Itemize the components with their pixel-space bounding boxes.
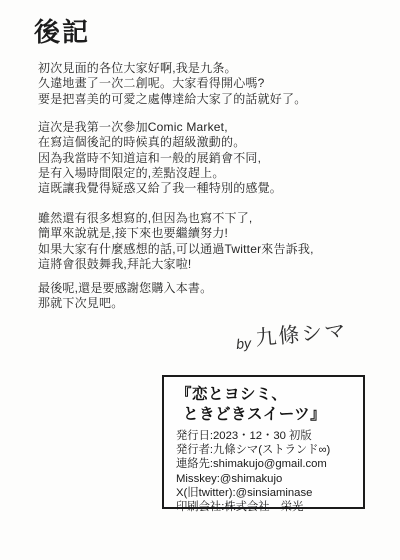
paragraph-line: 在寫這個後記的時候真的超級激動的。 <box>38 135 282 150</box>
paragraph-line: 是有入場時間限定的,差點沒趕上。 <box>38 166 282 181</box>
paragraph-line: 如果大家有什麼感想的話,可以通過Twitter來告訴我, <box>38 242 314 257</box>
colophon-x-handle: X(旧twitter):@sinsiaminase <box>176 486 359 500</box>
paragraph-greeting: 初次見面的各位大家好啊,我是九条。 久違地畫了一次二創呢。大家看得開心嗎? 要是… <box>38 61 306 107</box>
paragraph-line: 要是把喜美的可愛之處傳達給大家了的話就好了。 <box>38 92 306 107</box>
colophon-printing-company: 印刷会社:株式会社 栄光 <box>176 500 359 514</box>
colophon-title-line: ときどきスイーツ』 <box>183 405 359 425</box>
colophon-publisher: 発行者:九條シマ(ストランド∞) <box>176 443 359 457</box>
paragraph-thanks: 最後呢,還是要感謝您購入本書。 那就下次見吧。 <box>38 281 212 312</box>
paragraph-comic-market: 這次是我第一次參加Comic Market, 在寫這個後記的時候真的超級激動的。… <box>38 120 282 196</box>
colophon-title-line: 『恋とヨシミ、 <box>176 385 359 405</box>
colophon-publish-date: 発行日:2023・12・30 初版 <box>176 429 359 443</box>
paragraph-feedback: 雖然還有很多想寫的,但因為也寫不下了, 簡單來說就是,接下來也要繼續努力! 如果… <box>38 211 314 272</box>
paragraph-line: 這次是我第一次參加Comic Market, <box>38 120 282 135</box>
paragraph-line: 這既讓我覺得疑惑又給了我一種特別的感覺。 <box>38 181 282 196</box>
signature-by-label: by <box>235 335 251 352</box>
colophon-contact-email: 連絡先:shimakujo@gmail.com <box>176 457 359 471</box>
paragraph-line: 這將會很鼓舞我,拜託大家啦! <box>38 257 314 272</box>
paragraph-line: 初次見面的各位大家好啊,我是九条。 <box>38 61 306 76</box>
paragraph-line: 那就下次見吧。 <box>38 296 212 311</box>
colophon-book-title: 『恋とヨシミ、 ときどきスイーツ』 <box>176 385 359 424</box>
colophon-details: 発行日:2023・12・30 初版 発行者:九條シマ(ストランド∞) 連絡先:s… <box>176 429 359 514</box>
paragraph-line: 雖然還有很多想寫的,但因為也寫不下了, <box>38 211 314 226</box>
author-signature: by九條シマ <box>234 314 348 354</box>
paragraph-line: 久違地畫了一次二創呢。大家看得開心嗎? <box>38 76 306 91</box>
colophon-box: 『恋とヨシミ、 ときどきスイーツ』 発行日:2023・12・30 初版 発行者:… <box>162 375 365 509</box>
colophon-misskey-handle: Misskey:@shimakujo <box>176 472 359 486</box>
paragraph-line: 因為我當時不知道這和一般的展銷會不同, <box>38 151 282 166</box>
afterword-page: 後記 初次見面的各位大家好啊,我是九条。 久違地畫了一次二創呢。大家看得開心嗎?… <box>0 0 400 560</box>
paragraph-line: 簡單來說就是,接下來也要繼續努力! <box>38 226 314 241</box>
page-title: 後記 <box>34 12 90 49</box>
signature-author-name: 九條シマ <box>255 319 349 350</box>
paragraph-line: 最後呢,還是要感謝您購入本書。 <box>38 281 212 296</box>
